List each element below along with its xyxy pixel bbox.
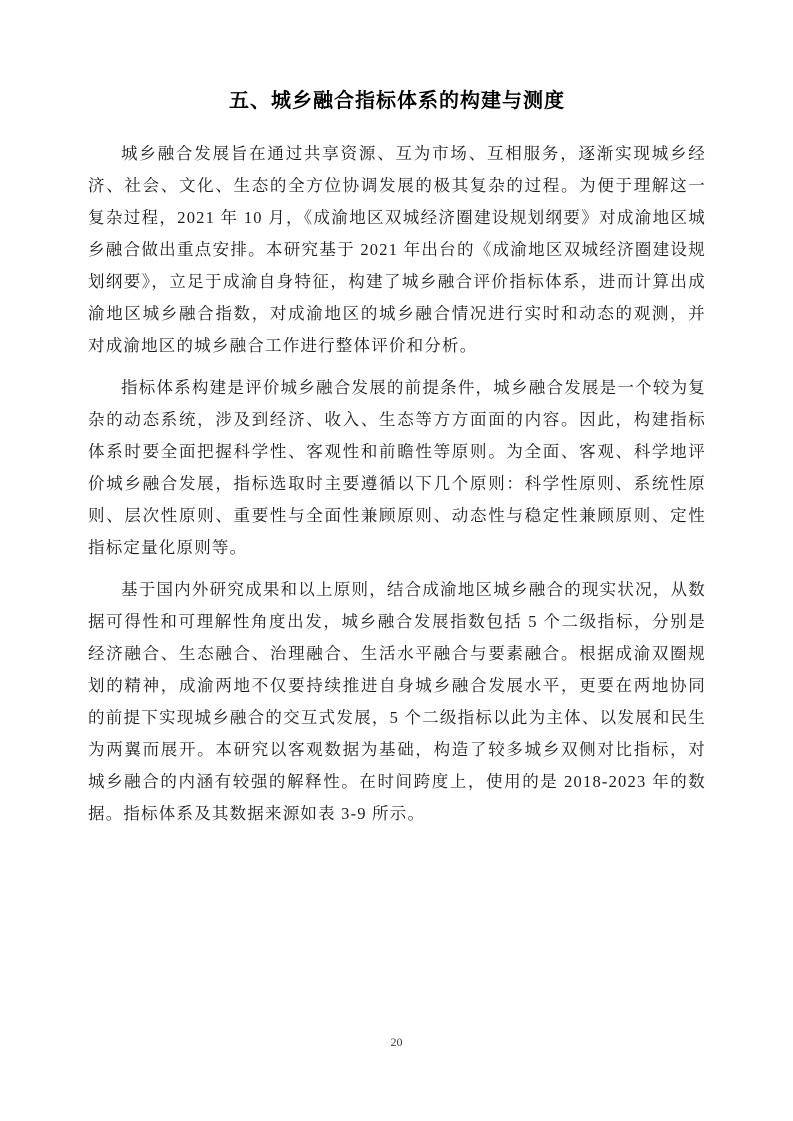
document-page: 五、城乡融合指标体系的构建与测度 城乡融合发展旨在通过共享资源、互为市场、互相服… xyxy=(0,0,793,1121)
page-footer: 20 xyxy=(0,1033,793,1051)
paragraph-2: 指标体系构建是评价城乡融合发展的前提条件，城乡融合发展是一个较为复杂的动态系统，… xyxy=(88,372,706,564)
paragraph-3: 基于国内外研究成果和以上原则，结合成渝地区城乡融合的现实状况，从数据可得性和可理… xyxy=(88,574,706,830)
paragraph-1: 城乡融合发展旨在通过共享资源、互为市场、互相服务，逐渐实现城乡经济、社会、文化、… xyxy=(88,138,706,362)
section-title: 五、城乡融合指标体系的构建与测度 xyxy=(88,88,706,114)
document-content: 五、城乡融合指标体系的构建与测度 城乡融合发展旨在通过共享资源、互为市场、互相服… xyxy=(88,88,706,840)
page-number: 20 xyxy=(391,1035,403,1049)
